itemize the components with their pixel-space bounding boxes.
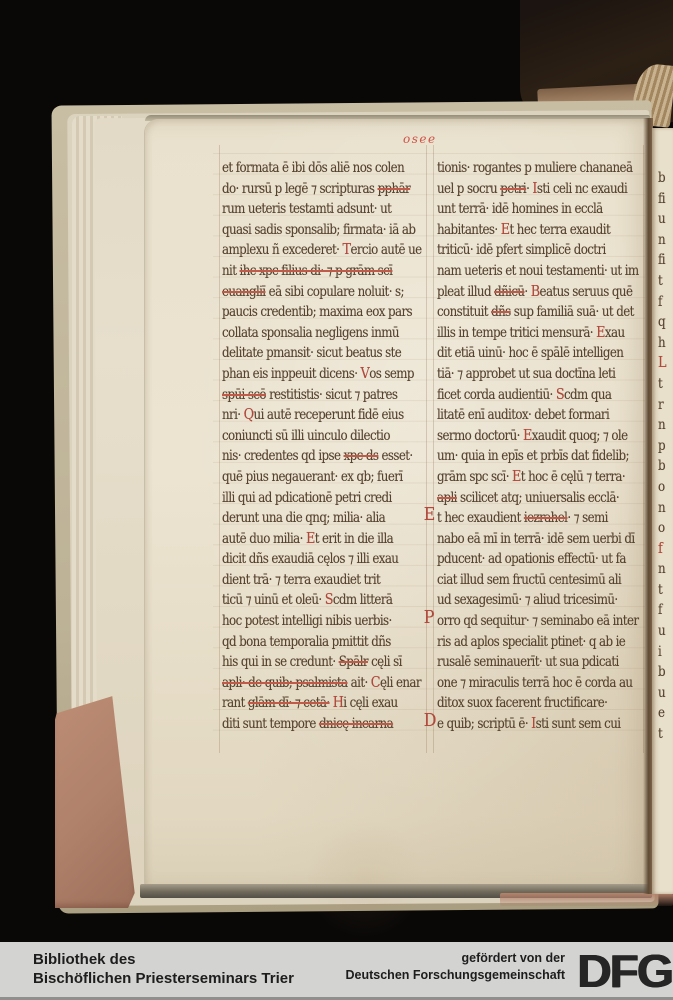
manuscript-line: ud sexagesimū· ⁊ aliud tricesimū· [437, 590, 620, 611]
manuscript-page: osee et formata ē ibi dōs aliē nos colen… [145, 119, 650, 893]
manuscript-line: dient trā· ⁊ terra exaudiet trit [222, 570, 400, 591]
manuscript-line: b [658, 456, 666, 477]
manuscript-line: triticū· idē pfert simplicē doctri [437, 240, 620, 261]
manuscript-line: ditox suox facerent fructificare· [437, 693, 620, 714]
manuscript-line: delitate pmansit· sicut beatus ste [222, 343, 400, 364]
manuscript-line: hoc potest intelligi nibis uerbis· [222, 611, 400, 632]
manuscript-line: qd bona temporalia pmittit dñs [222, 632, 400, 653]
manuscript-line: autē duo milia· Et erit in die illa [222, 529, 400, 550]
manuscript-line: f [658, 292, 666, 313]
manuscript-line: n [658, 559, 666, 580]
manuscript-line: n [658, 415, 666, 436]
manuscript-line: n [658, 230, 666, 251]
manuscript-line: apli scilicet atq; uniuersalis ecclā· [437, 488, 620, 509]
manuscript-photo: osee et formata ē ibi dōs aliē nos colen… [0, 0, 673, 1000]
manuscript-line: o [658, 477, 666, 498]
manuscript-line: De quib; scriptū ē· Isti sunt sem cui [437, 714, 620, 735]
funding-credit: gefördert von der Deutschen Forschungsge… [346, 950, 566, 984]
text-column-right: tionis· rogantes p muliere chananeāuel p… [437, 158, 645, 735]
manuscript-line: grām spc scī· Et hoc ē cęlū ⁊ terra· [437, 467, 620, 488]
parchment-stain [305, 819, 425, 939]
column-rule [219, 145, 220, 753]
manuscript-line: phan eis inppeuit dicens· Vos semp [222, 364, 400, 385]
manuscript-line: rusalē seminauerīt· ut sua pdicati [437, 652, 620, 673]
manuscript-line: t [658, 271, 666, 292]
funding-credit-line1: gefördert von der [346, 950, 566, 967]
manuscript-line: h [658, 333, 666, 354]
manuscript-line: t [658, 580, 666, 601]
manuscript-line: uel p socru petri· Isti celi nc exaudi [437, 179, 620, 200]
manuscript-line: diti sunt tempore dnicę incarna [222, 714, 400, 735]
manuscript-line: sermo doctorū· Exaudit quoq; ⁊ ole [437, 426, 620, 447]
manuscript-line: habitantes· Et hec terra exaudit [437, 220, 620, 241]
manuscript-line: paucis credentib; maxima eox pars [222, 302, 400, 323]
manuscript-line: p [658, 436, 666, 457]
facing-page-edge: bfiunfitfqhLtrnpbonofntfuibuet [652, 128, 673, 894]
manuscript-line: e [658, 703, 666, 724]
library-name-line1: Bibliothek des [33, 950, 294, 969]
manuscript-line: u [658, 683, 666, 704]
manuscript-line: his qui in se credunt· Spālr cęli sī [222, 652, 400, 673]
manuscript-line: dicit dñs exaudiā cęlos ⁊ illi exau [222, 549, 400, 570]
text-column-left: et formata ē ibi dōs aliē nos colendo· r… [222, 158, 424, 735]
manuscript-line: tiā· ⁊ approbet ut sua doctīna leti [437, 364, 620, 385]
manuscript-line: L [658, 353, 666, 374]
funding-credit-line2: Deutschen Forschungsgemeinschaft [346, 967, 566, 984]
manuscript-line: ficet corda audientiū· Scdm qua [437, 385, 620, 406]
manuscript-line: rant glām dī· ⁊ cetā· Hi cęli exau [222, 693, 400, 714]
manuscript-line: one ⁊ miraculis terrā hoc ē corda au [437, 673, 620, 694]
manuscript-line: u [658, 621, 666, 642]
manuscript-line: nis· credentes qd ipse xpc ds esset· [222, 446, 400, 467]
manuscript-line: q [658, 312, 666, 333]
column-rule [426, 145, 427, 753]
manuscript-line: collata sponsalia negligens inmū [222, 323, 400, 344]
folio-heading: osee [403, 132, 437, 146]
manuscript-line: do· rursū p legē ⁊ scripturas pphār [222, 179, 400, 200]
manuscript-line: illis in tempe tritici mensurā· Exau [437, 323, 620, 344]
manuscript-line: constituit dñs sup familiā suā· ut det [437, 302, 620, 323]
manuscript-line: amplexu ñ excederet· Tercio autē ue [222, 240, 400, 261]
manuscript-line: unt terrā· idē homines in ecclā [437, 199, 620, 220]
facing-page-text-fragments: bfiunfitfqhLtrnpbonofntfuibuet [658, 168, 667, 745]
manuscript-line: t [658, 724, 666, 745]
manuscript-line: illi qui ad pdicationē petri credi [222, 488, 400, 509]
manuscript-line: ticū ⁊ uinū et oleū· Scdm litterā [222, 590, 400, 611]
manuscript-line: nri· Qui autē receperunt fidē eius [222, 405, 400, 426]
manuscript-line: pleat illud dñicū· Beatus seruus quē [437, 282, 620, 303]
column-rule [433, 145, 434, 753]
library-name: Bibliothek des Bischöflichen Priestersem… [33, 950, 294, 988]
manuscript-line: Porro qd sequitur· ⁊ seminabo eā inter [437, 611, 620, 632]
manuscript-line: i [658, 642, 666, 663]
manuscript-line: euangliī eā sibi copulare noluit· s; [222, 282, 400, 303]
dfg-logo: DFG [577, 944, 672, 998]
manuscript-line: quasi sadis sponsalib; firmata· iā ab [222, 220, 400, 241]
manuscript-line: o [658, 518, 666, 539]
manuscript-line: rum ueteris testamti adsunt· ut [222, 199, 400, 220]
manuscript-line: tionis· rogantes p muliere chananeā [437, 158, 620, 179]
manuscript-line: f [658, 600, 666, 621]
manuscript-line: b [658, 662, 666, 683]
caption-banner: Bibliothek des Bischöflichen Priestersem… [0, 942, 673, 1000]
manuscript-line: fi [658, 189, 666, 210]
manuscript-line: r [658, 395, 666, 416]
manuscript-line: um· quia in epīs et prbīs dat fidelib; [437, 446, 620, 467]
manuscript-line: nit ihc xpc filius di· ⁊ p grām scī [222, 261, 400, 282]
manuscript-line: quē pius negauerant· ex qb; fuerī [222, 467, 400, 488]
manuscript-line: nabo eā mī in terrā· idē sem uerbi dī [437, 529, 620, 550]
manuscript-line: t [658, 374, 666, 395]
manuscript-line: dit etiā uinū· hoc ē spālē intelligen [437, 343, 620, 364]
manuscript-line: Et hec exaudient iezrahel· ⁊ semi [437, 508, 620, 529]
library-name-line2: Bischöflichen Priesterseminars Trier [33, 969, 294, 988]
manuscript-line: f [658, 539, 666, 560]
manuscript-line: litatē enī auditox· debet formari [437, 405, 620, 426]
facing-cover-leather [500, 893, 673, 906]
manuscript-line: coniuncti sū illi uinculo dilectio [222, 426, 400, 447]
manuscript-line: derunt una die qnq; milia· alia [222, 508, 400, 529]
manuscript-line: b [658, 168, 666, 189]
manuscript-line: apli· de quib; psalmista ait· Cęli enar [222, 673, 400, 694]
manuscript-line: ris ad aplos specialit ptinet· q ab ie [437, 632, 620, 653]
manuscript-line: u [658, 209, 666, 230]
manuscript-line: fi [658, 250, 666, 271]
manuscript-line: pducent· ad opationis effectū· ut fa [437, 549, 620, 570]
manuscript-line: nam ueteris et noui testamenti· ut im [437, 261, 620, 282]
manuscript-line: et formata ē ibi dōs aliē nos colen [222, 158, 400, 179]
manuscript-line: n [658, 498, 666, 519]
manuscript-line: ciat illud sem fructū centesimū ali [437, 570, 620, 591]
manuscript-line: spūi scō restitistis· sicut ⁊ patres [222, 385, 400, 406]
